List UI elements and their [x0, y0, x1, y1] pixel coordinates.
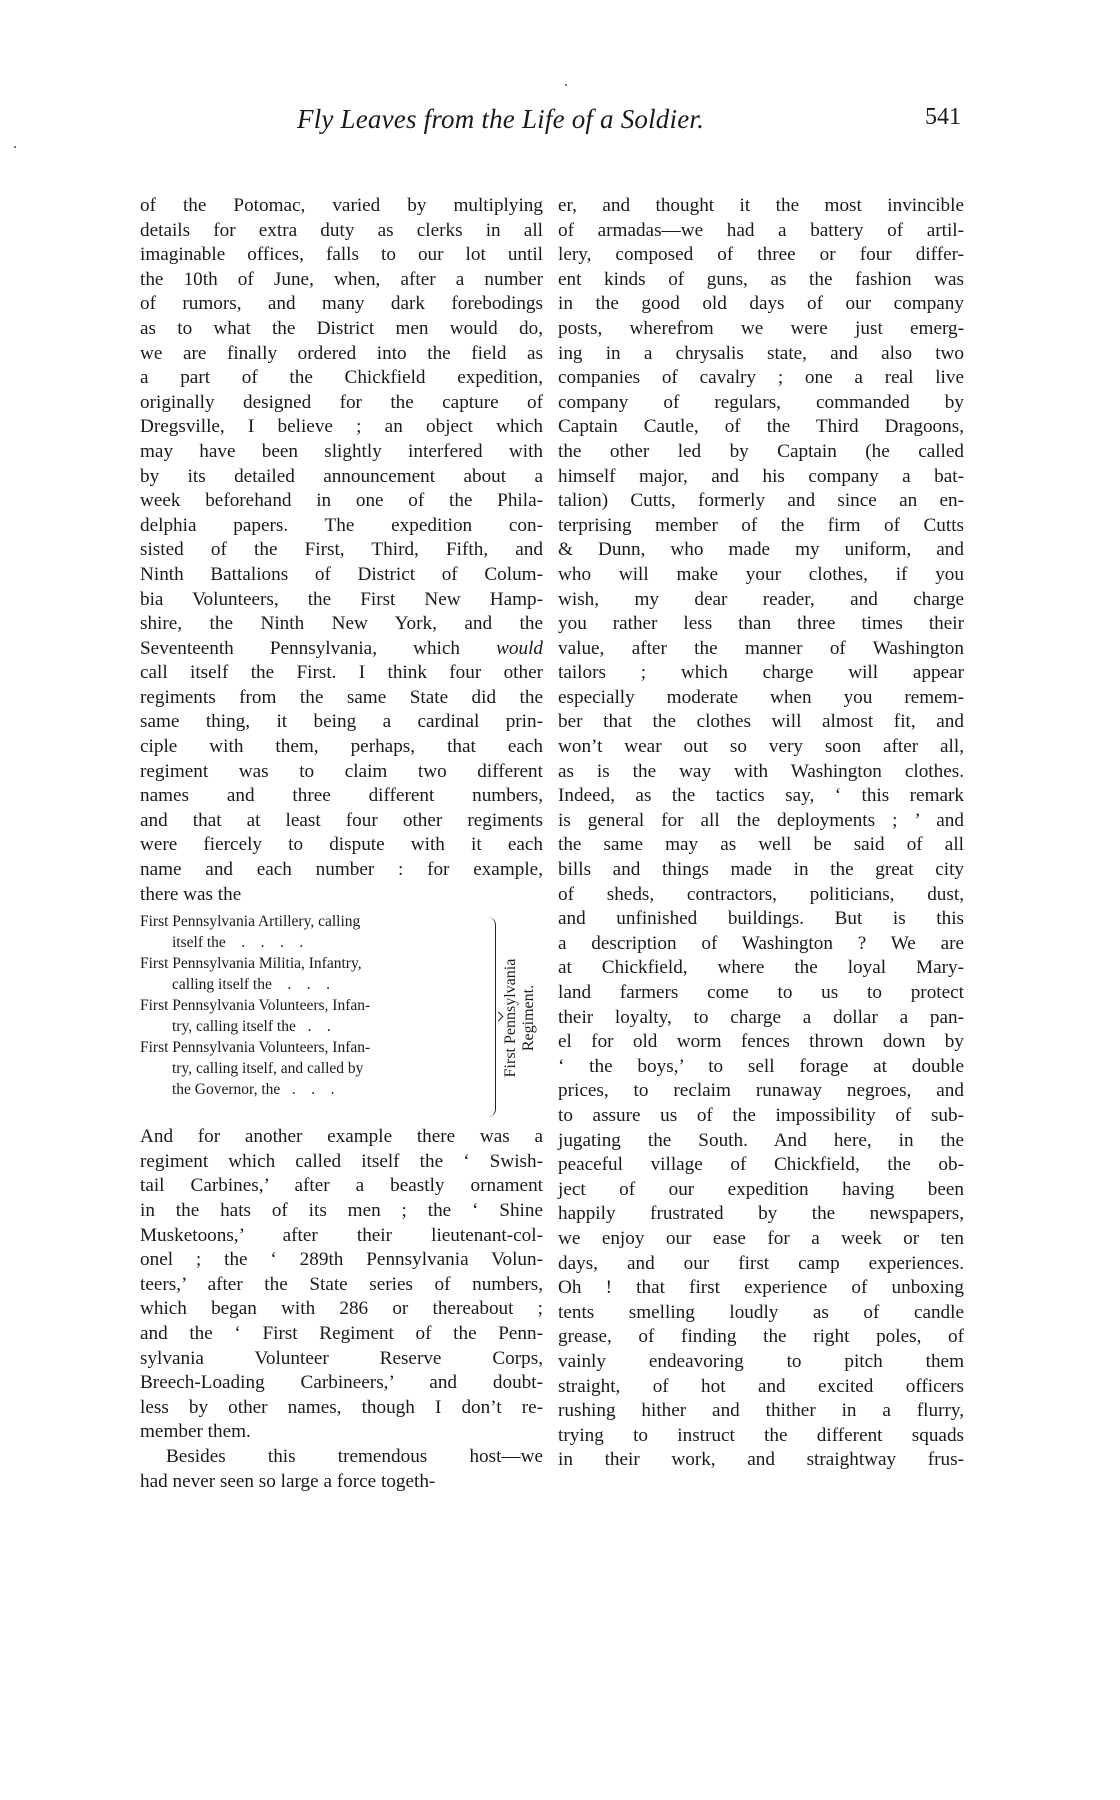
- text-line: their loyalty, to charge a dollar a pan-: [558, 1006, 964, 1031]
- text-line: teers,’ after the State series of number…: [140, 1273, 543, 1298]
- text-line: companies of cavalry ; one a real live: [558, 366, 964, 391]
- text-line: member them.: [140, 1420, 543, 1445]
- text-line: the other led by Captain (he called: [558, 440, 964, 465]
- text-line: bia Volunteers, the First New Hamp-: [140, 588, 543, 613]
- text-line: and unfinished buildings. But is this: [558, 907, 964, 932]
- text-line: bills and things made in the great city: [558, 858, 964, 883]
- text-line: won’t wear out so very soon after all,: [558, 735, 964, 760]
- text-line: trying to instruct the different squads: [558, 1424, 964, 1449]
- text-line: Captain Cautle, of the Third Dragoons,: [558, 415, 964, 440]
- brace-label-line-2: Regiment.: [520, 959, 538, 1078]
- text-line: himself major, and his company a bat-: [558, 465, 964, 490]
- text-line: days, and our first camp experiences.: [558, 1252, 964, 1277]
- text-line: jugating the South. And here, in the: [558, 1129, 964, 1154]
- text-line: sylvania Volunteer Reserve Corps,: [140, 1347, 543, 1372]
- text-line: we are finally ordered into the field as: [140, 342, 543, 367]
- text-line: Dregsville, I believe ; an object which: [140, 415, 543, 440]
- text-line: especially moderate when you remem-: [558, 686, 964, 711]
- text-line: peaceful village of Chickfield, the ob-: [558, 1153, 964, 1178]
- text-line: & Dunn, who made my uniform, and: [558, 538, 964, 563]
- text-line: tailors ; which charge will appear: [558, 661, 964, 686]
- text-line: had never seen so large a force togeth-: [140, 1470, 543, 1495]
- text-line: as to what the District men would do,: [140, 317, 543, 342]
- text-line: ject of our expedition having been: [558, 1178, 964, 1203]
- text-line: value, after the manner of Washington: [558, 637, 964, 662]
- right-brace: [485, 917, 496, 1117]
- text-line: the 10th of June, when, after a number: [140, 268, 543, 293]
- text-line: happily frustrated by the newspapers,: [558, 1202, 964, 1227]
- text-line: may have been slightly interfered with: [140, 440, 543, 465]
- text-line: posts, wherefrom we were just emerg-: [558, 317, 964, 342]
- text-line: Breech-Loading Carbineers,’ and doubt-: [140, 1371, 543, 1396]
- text-line: regiments from the same State did the: [140, 686, 543, 711]
- text-line: And for another example there was a: [140, 1125, 543, 1150]
- text-line: Besides this tremendous host—we: [140, 1445, 543, 1470]
- text-line: and the ‘ First Regiment of the Penn-: [140, 1322, 543, 1347]
- text-line: in their work, and straightway frus-: [558, 1448, 964, 1473]
- regiment-item-continuation: the Governor, the . . .: [140, 1079, 480, 1100]
- regiment-list-items: First Pennsylvania Artillery, callingits…: [140, 911, 480, 1100]
- text-line: who will make your clothes, if you: [558, 563, 964, 588]
- speck-mark: [565, 84, 567, 86]
- text-line: details for extra duty as clerks in all: [140, 219, 543, 244]
- text-line: a description of Washington ? We are: [558, 932, 964, 957]
- text-line: you rather less than three times their: [558, 612, 964, 637]
- text-line: ent kinds of guns, as the fashion was: [558, 268, 964, 293]
- text-line: at Chickfield, where the loyal Mary-: [558, 956, 964, 981]
- text-line: names and three different numbers,: [140, 784, 543, 809]
- regiment-item: First Pennsylvania Volunteers, Infan-: [140, 995, 480, 1016]
- brace-label-line-1: First Pennsylvania: [502, 959, 520, 1078]
- italic-word: would: [496, 638, 543, 659]
- text-line: less by other names, though I don’t re-: [140, 1396, 543, 1421]
- text-line: originally designed for the capture of: [140, 391, 543, 416]
- text-line: straight, of hot and excited officers: [558, 1375, 964, 1400]
- text-line: imaginable offices, falls to our lot unt…: [140, 243, 543, 268]
- text-line: of sheds, contractors, politicians, dust…: [558, 883, 964, 908]
- text-line: vainly endeavoring to pitch them: [558, 1350, 964, 1375]
- text-line: in the good old days of our company: [558, 292, 964, 317]
- text-line: regiment which called itself the ‘ Swish…: [140, 1150, 543, 1175]
- text-line: Oh ! that first experience of unboxing: [558, 1276, 964, 1301]
- text-line: in the hats of its men ; the ‘ Shine: [140, 1199, 543, 1224]
- regiment-item-continuation: try, calling itself, and called by: [140, 1058, 480, 1079]
- text-line: name and each number : for example,: [140, 858, 543, 883]
- text-line: the same may as well be said of all: [558, 833, 964, 858]
- text-line: same thing, it being a cardinal prin-: [140, 710, 543, 735]
- left-column: of the Potomac, varied by multiplyingdet…: [140, 194, 543, 1494]
- text-line: rushing hither and thither in a flurry,: [558, 1399, 964, 1424]
- regiment-item: First Pennsylvania Artillery, calling: [140, 911, 480, 932]
- left-paragraph-1: of the Potomac, varied by multiplyingdet…: [140, 194, 543, 907]
- text-line: tents smelling loudly as of candle: [558, 1301, 964, 1326]
- text-line: and that at least four other regiments: [140, 809, 543, 834]
- text-line: as is the way with Washington clothes.: [558, 760, 964, 785]
- text-line: is general for all the deployments ; ’ a…: [558, 809, 964, 834]
- text-line: lery, composed of three or four differ-: [558, 243, 964, 268]
- text-line: talion) Cutts, formerly and since an en-: [558, 489, 964, 514]
- text-line: week beforehand in one of the Phila-: [140, 489, 543, 514]
- text-line: prices, to reclaim runaway negroes, and: [558, 1079, 964, 1104]
- text-line: delphia papers. The expedition con-: [140, 514, 543, 539]
- text-line: there was the: [140, 883, 543, 908]
- regiment-item: First Pennsylvania Volunteers, Infan-: [140, 1037, 480, 1058]
- page-header: Fly Leaves from the Life of a Soldier. 5…: [0, 100, 1120, 150]
- left-paragraph-2: And for another example there was aregim…: [140, 1125, 543, 1494]
- text-line: ‘ the boys,’ to sell forage at double: [558, 1055, 964, 1080]
- text-line: land farmers come to us to protect: [558, 981, 964, 1006]
- text-line: wish, my dear reader, and charge: [558, 588, 964, 613]
- text-line: onel ; the ‘ 289th Pennsylvania Volun-: [140, 1248, 543, 1273]
- text-line: terprising member of the firm of Cutts: [558, 514, 964, 539]
- right-paragraph: er, and thought it the most invincibleof…: [558, 194, 964, 1473]
- text-line: call itself the First. I think four othe…: [140, 661, 543, 686]
- regiment-list: First Pennsylvania Artillery, callingits…: [140, 911, 543, 1121]
- text-line: grease, of finding the right poles, of: [558, 1325, 964, 1350]
- text-line: were fiercely to dispute with it each: [140, 833, 543, 858]
- text-line: of rumors, and many dark forebodings: [140, 292, 543, 317]
- text-line: a part of the Chickfield expedition,: [140, 366, 543, 391]
- text-line: to assure us of the impossibility of sub…: [558, 1104, 964, 1129]
- right-column: er, and thought it the most invincibleof…: [558, 194, 964, 1473]
- regiment-item-continuation: try, calling itself the . .: [140, 1016, 480, 1037]
- text-line: sisted of the First, Third, Fifth, and: [140, 538, 543, 563]
- text-line: which began with 286 or thereabout ;: [140, 1297, 543, 1322]
- text-line: Ninth Battalions of District of Colum-: [140, 563, 543, 588]
- text-line: regiment was to claim two different: [140, 760, 543, 785]
- regiment-item-continuation: itself the . . . .: [140, 932, 480, 953]
- text-line: ber that the clothes will almost fit, an…: [558, 710, 964, 735]
- text-line: by its detailed announcement about a: [140, 465, 543, 490]
- text-line: shire, the Ninth New York, and the: [140, 612, 543, 637]
- text-line: of the Potomac, varied by multiplying: [140, 194, 543, 219]
- brace-label: First Pennsylvania Regiment.: [498, 923, 542, 1113]
- text-line: ciple with them, perhaps, that each: [140, 735, 543, 760]
- text-line: company of regulars, commanded by: [558, 391, 964, 416]
- text-line: Musketoons,’ after their lieutenant-col-: [140, 1224, 543, 1249]
- text-line: er, and thought it the most invincible: [558, 194, 964, 219]
- text-line: of armadas—we had a battery of artil-: [558, 219, 964, 244]
- regiment-item-continuation: calling itself the . . .: [140, 974, 480, 995]
- text-line: Seventeenth Pennsylvania, which would: [140, 637, 543, 662]
- page-number: 541: [925, 104, 961, 131]
- regiment-item: First Pennsylvania Militia, Infantry,: [140, 953, 480, 974]
- text-line: we enjoy our ease for a week or ten: [558, 1227, 964, 1252]
- running-title: Fly Leaves from the Life of a Soldier.: [297, 104, 704, 135]
- text-line: el for old worm fences thrown down by: [558, 1030, 964, 1055]
- text-line: Indeed, as the tactics say, ‘ this remar…: [558, 784, 964, 809]
- text-line: tail Carbines,’ after a beastly ornament: [140, 1174, 543, 1199]
- text-line: ing in a chrysalis state, and also two: [558, 342, 964, 367]
